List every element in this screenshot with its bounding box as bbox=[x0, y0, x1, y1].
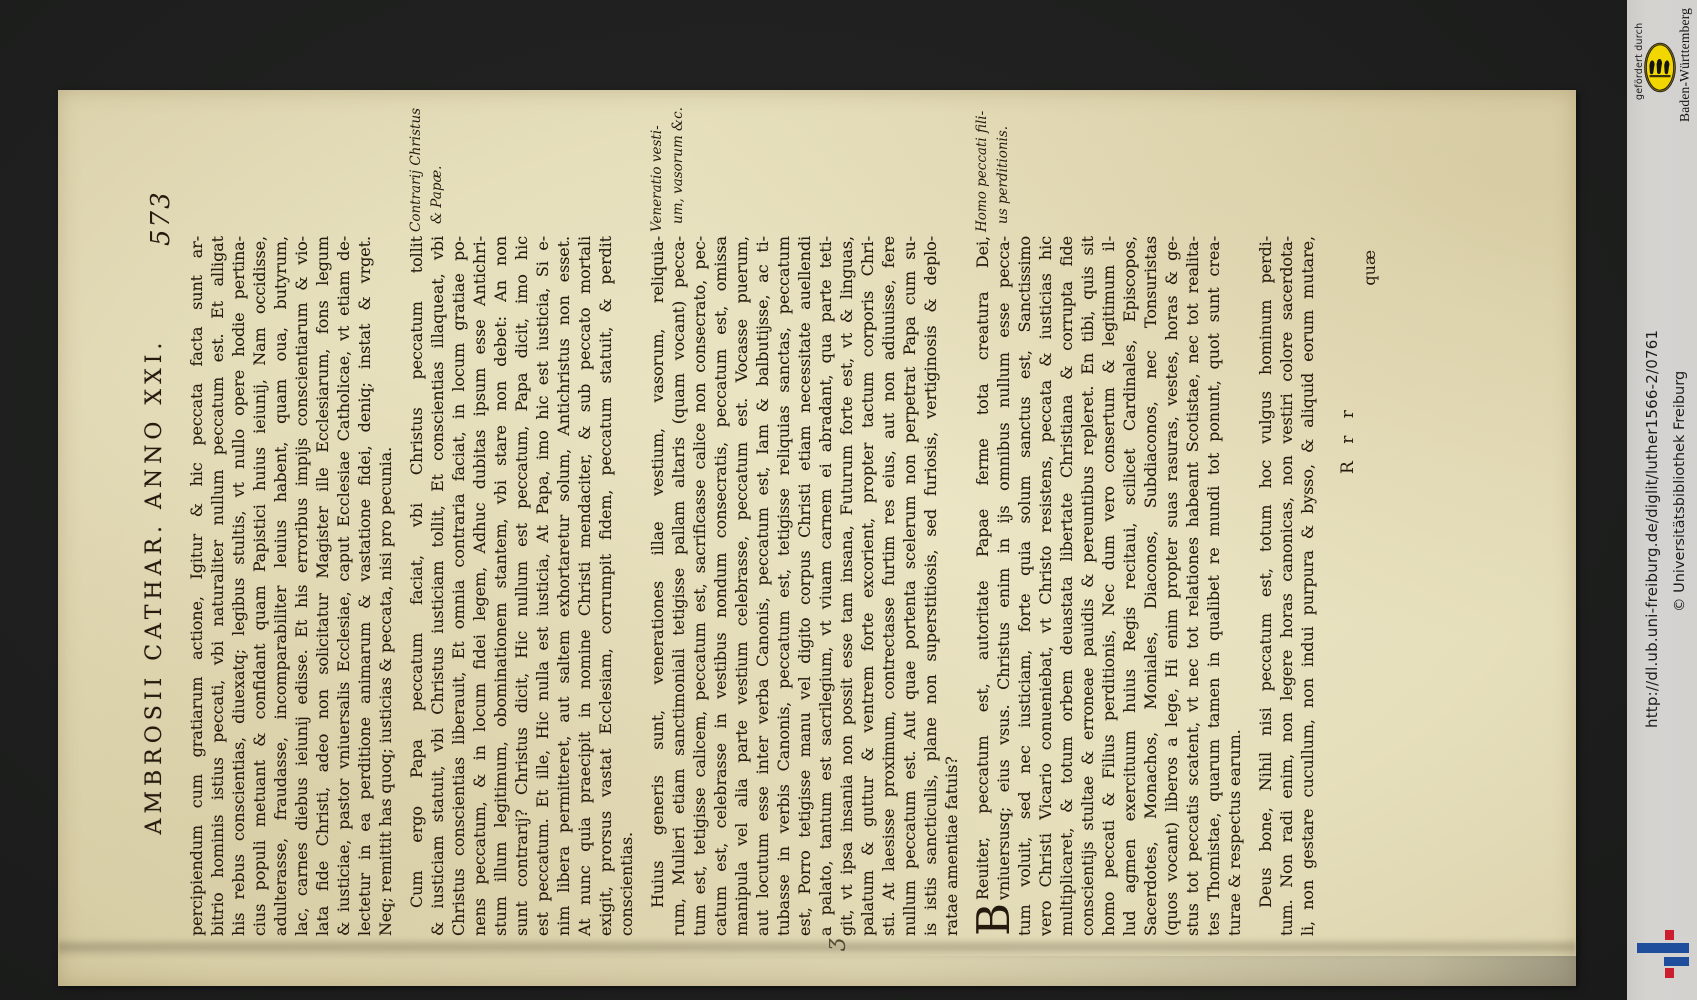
margin-note-line: Contrarij Christus bbox=[406, 82, 427, 232]
margin-note-line: us perditionis. bbox=[993, 82, 1014, 232]
copyright-notice: © Universitätsbibliothek Freiburg bbox=[1672, 371, 1688, 612]
scan-info-bar: gefördert durch Baden-Württemberg http:/… bbox=[1627, 0, 1697, 1000]
library-logo-red-square-top bbox=[1665, 930, 1674, 940]
text-line: percipiendum cum gratiarum actione, Igit… bbox=[186, 236, 207, 936]
text-line: git, vt ipsa insania non possit esse tam… bbox=[836, 236, 857, 936]
text-line: (quos vocant) liberos a lege, Hi enim pr… bbox=[1161, 236, 1182, 936]
text-line: Christus conscientias liberauit, Et omni… bbox=[448, 236, 469, 936]
text-line: Sacerdotes, Monachos, Moniales, Diaconos… bbox=[1140, 236, 1161, 936]
text-line: lectetur in ea perditione animarum & vas… bbox=[354, 236, 375, 936]
text-line: conscientijs stultae & erroneae pauidis … bbox=[1077, 236, 1098, 936]
text-line: his rebus conscientias, diuexatq; legibu… bbox=[228, 236, 249, 936]
text-line: tubasse in verbis Canonis, peccatum est,… bbox=[773, 236, 794, 936]
text-line: stum illum legitimum, obominationem stan… bbox=[490, 236, 511, 936]
margin-note: Contrarij Christus& Papæ. bbox=[406, 82, 448, 232]
text-line: tes Thomistae, quarum tamen in qualibet … bbox=[1203, 236, 1224, 936]
text-line: vniuersusq; eius vsus. Christus enim in … bbox=[993, 236, 1014, 900]
text-line: exigit, prorsus vastat Ecclesiam, corrum… bbox=[595, 236, 616, 936]
text-line: & iusticiae, pastor vniuersalis Ecclesia… bbox=[333, 236, 354, 936]
library-logo-blue-bar-long bbox=[1637, 943, 1689, 953]
page-number: 573 bbox=[146, 190, 176, 246]
text-line: rum, Mulieri etiam sanctimoniali tetigis… bbox=[668, 236, 689, 936]
text-line: aut locutum esse inter verba Canonis, pe… bbox=[752, 236, 773, 936]
baden-wuerttemberg-coat-of-arms-icon bbox=[1644, 42, 1676, 93]
text-line: At nunc quia praecipit in nomine Christi… bbox=[574, 236, 595, 936]
funder-name: Baden-Württemberg bbox=[1677, 8, 1693, 122]
text-line: & iusticiam statuit, vbi Christus iustic… bbox=[427, 236, 448, 936]
text-line: a palato, tantum est sacrilegium, vt viu… bbox=[815, 236, 836, 936]
text-line: sunt contrarij? Christus dicit, Hic null… bbox=[511, 236, 532, 936]
text-line: Reuiter, peccatum est, autoritate Papae … bbox=[972, 236, 993, 900]
drop-cap: B bbox=[973, 902, 1015, 936]
page-footer: R r r quæ bbox=[1318, 236, 1388, 936]
margin-note: Veneratio vesti-um, vasorum &c. bbox=[647, 82, 689, 232]
text-line: ratae amentiae fatuis? bbox=[941, 236, 962, 936]
library-logo-red-square-bottom bbox=[1665, 968, 1674, 978]
margin-note: Homo peccati fili-us perditionis. bbox=[972, 82, 1014, 232]
library-logo-icon bbox=[1636, 929, 1690, 979]
paragraph: percipiendum cum gratiarum actione, Igit… bbox=[186, 236, 396, 936]
text-line: lata fide Christi, adeo non solicitatur … bbox=[312, 236, 333, 936]
text-line: sti. At laesisse proximum, contrectasse … bbox=[878, 236, 899, 936]
paragraph: Cum ergo Papa peccatum faciat, vbi Chris… bbox=[406, 236, 637, 936]
catchword: quæ bbox=[1360, 250, 1379, 286]
scan-url: http://dl.ub.uni-freiburg.de/diglit/luth… bbox=[1643, 330, 1661, 728]
body-text: percipiendum cum gratiarum actione, Igit… bbox=[186, 236, 1318, 936]
text-line: stus tot peccatis scatent, vt nec tot re… bbox=[1182, 236, 1203, 936]
text-line: lud agmen exercituum huius Regis recitau… bbox=[1119, 236, 1140, 936]
text-line: nullum peccatum est. Aut quae portenta s… bbox=[899, 236, 920, 936]
text-line: manipula vel alia parte vestium celebras… bbox=[731, 236, 752, 936]
page-stack-shadow bbox=[58, 956, 1576, 986]
page-content-rotated: AMBROSII CATHAR. ANNO XXI. 573 percipien… bbox=[58, 90, 1576, 950]
text-line: multiplicaret, & totum orbem deuastata l… bbox=[1056, 236, 1077, 936]
margin-note-line: Veneratio vesti- bbox=[647, 82, 668, 232]
text-line: catum est, celebrasse in vestibus nondum… bbox=[710, 236, 731, 936]
margin-note-line: & Papæ. bbox=[427, 82, 448, 232]
text-line: lac, carnes diebus ieiunij edisse. Et hi… bbox=[291, 236, 312, 936]
text-line: tum voluit, sed nec iusticiam, forte qui… bbox=[1014, 236, 1035, 936]
scanned-book-page: AMBROSII CATHAR. ANNO XXI. 573 percipien… bbox=[58, 90, 1576, 986]
running-head-title: AMBROSII CATHAR. ANNO XXI. bbox=[142, 236, 168, 936]
text-line: Cum ergo Papa peccatum faciat, vbi Chris… bbox=[406, 236, 427, 936]
text-line: est, Porro tetigisse manu vel digito cor… bbox=[794, 236, 815, 936]
paragraph: Huius generis sunt, venerationes illae v… bbox=[647, 236, 962, 936]
paragraph: BReuiter, peccatum est, autoritate Papae… bbox=[972, 236, 1245, 936]
text-line: li, non gestare cucullum, non indui purp… bbox=[1297, 236, 1318, 936]
text-line: tum est, tetigisse calicem, peccatum est… bbox=[689, 236, 710, 936]
text-line: is istis sancticulis, plane non supersti… bbox=[920, 236, 941, 936]
text-line: homo peccati & Filius perditionis, Nec d… bbox=[1098, 236, 1119, 936]
margin-note-line: Homo peccati fili- bbox=[972, 82, 993, 232]
handwritten-ink-mark: ʒ bbox=[822, 938, 847, 950]
text-line: Neq; remittit has quoq; iusticias & pecc… bbox=[375, 236, 396, 936]
margin-note-line: um, vasorum &c. bbox=[668, 82, 689, 232]
running-head-row: AMBROSII CATHAR. ANNO XXI. 573 bbox=[142, 236, 168, 936]
text-line: vero Christi Vicario conueniebat, vt Chr… bbox=[1035, 236, 1056, 936]
text-line: bitrio hominis istius peccati, vbi natur… bbox=[207, 236, 228, 936]
text-line: nens peccatum, & in locum fidei legem, A… bbox=[469, 236, 490, 936]
text-line: nim libera permitteret, aut saltem exhor… bbox=[553, 236, 574, 936]
library-logo-blue-bar-short bbox=[1664, 957, 1689, 966]
text-line: Huius generis sunt, venerationes illae v… bbox=[647, 236, 668, 936]
text-line: tum. Non radi enim, non legere horas can… bbox=[1276, 236, 1297, 936]
text-line: palatum & guttur & ventrem forte excorie… bbox=[857, 236, 878, 936]
paragraph: Deus bone, Nihil nisi peccatum est, totu… bbox=[1255, 236, 1318, 936]
signature-mark: R r r bbox=[1338, 404, 1358, 474]
text-line: conscientias. bbox=[616, 236, 637, 936]
text-line: est peccatum. Et ille, Hic nulla est ius… bbox=[532, 236, 553, 936]
text-line: cius populi metuant & confidant quam Pap… bbox=[249, 236, 270, 936]
text-line: turae & respectus earum. bbox=[1224, 236, 1245, 936]
text-line: adulterasse, fraudasse, incomparabiliter… bbox=[270, 236, 291, 936]
text-line: Deus bone, Nihil nisi peccatum est, totu… bbox=[1255, 236, 1276, 936]
